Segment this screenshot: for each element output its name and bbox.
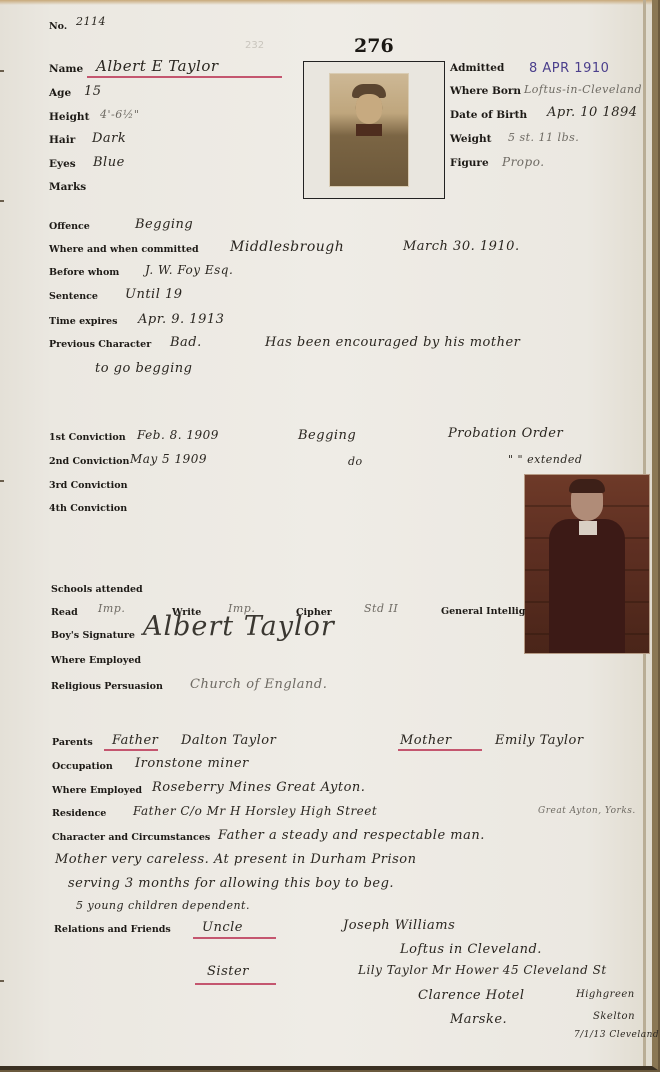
- margin-note: Highgreen: [576, 989, 635, 1000]
- previous-character-label: Previous Character: [49, 339, 151, 350]
- sentence-value: Until 19: [125, 287, 183, 302]
- character-label: Character and Circumstances: [52, 832, 210, 843]
- where-employed-label: Where Employed: [51, 655, 141, 666]
- photo-shirt: [579, 521, 597, 535]
- mother-name: Emily Taylor: [495, 733, 584, 748]
- character-line: Father a steady and respectable man.: [218, 828, 485, 843]
- boy-signature: Albert Taylor: [143, 611, 335, 642]
- admitted-stamp: 8 APR 1910: [529, 61, 609, 76]
- binding-mark: [0, 980, 4, 982]
- parents-where-employed-value: Roseberry Mines Great Ayton.: [152, 780, 365, 795]
- character-line: Mother very careless. At present in Durh…: [55, 852, 416, 867]
- previous-character-note-2: to go begging: [95, 361, 192, 376]
- father-tag: Father: [112, 733, 158, 748]
- photo-face: [356, 94, 382, 124]
- relation-detail: Clarence Hotel: [418, 988, 524, 1003]
- where-born-label: Where Born: [450, 85, 521, 97]
- age-label: Age: [49, 87, 71, 99]
- where-committed-value: Middlesbrough: [230, 239, 344, 255]
- record-number-value: 2114: [76, 15, 106, 28]
- previous-character-value: Bad.: [170, 335, 202, 350]
- parents-where-employed-label: Where Employed: [52, 785, 142, 796]
- dob-label: Date of Birth: [450, 109, 527, 121]
- religion-label: Religious Persuasion: [51, 681, 163, 692]
- where-when-label: Where and when committed: [49, 244, 199, 255]
- mother-underline: [398, 749, 482, 751]
- residence-value-2: Great Ayton, Yorks.: [538, 806, 636, 816]
- eyes-value: Blue: [93, 155, 125, 170]
- mother-tag: Mother: [400, 733, 452, 748]
- conviction-label: 1st Conviction: [49, 432, 126, 443]
- conviction-date: May 5 1909: [130, 452, 207, 466]
- hair-value: Dark: [92, 131, 126, 146]
- record-number-label: No.: [49, 21, 67, 32]
- schools-attended-label: Schools attended: [51, 584, 143, 595]
- margin-note: 7/1/13 Cleveland: [574, 1030, 659, 1040]
- occupation-value: Ironstone miner: [135, 756, 249, 771]
- relations-label: Relations and Friends: [54, 924, 171, 935]
- figure-label: Figure: [450, 157, 489, 169]
- time-expires-value: Apr. 9. 1913: [138, 312, 224, 327]
- conviction-label: 3rd Conviction: [49, 480, 128, 491]
- offence-label: Offence: [49, 221, 90, 232]
- religion-value: Church of England.: [190, 677, 327, 692]
- register-page: No. 2114 232 276 Name Albert E Taylor Ag…: [0, 0, 658, 1070]
- read-value: Imp.: [98, 602, 125, 615]
- relation-tag: Sister: [207, 964, 249, 979]
- conviction-offence: do: [348, 455, 363, 468]
- hair-label: Hair: [49, 134, 75, 146]
- height-value: 4'-6½": [100, 108, 139, 121]
- photo-suit: [549, 519, 625, 653]
- binding-mark: [0, 70, 4, 72]
- binding-mark: [0, 200, 4, 202]
- sentence-label: Sentence: [49, 291, 98, 302]
- age-value: 15: [84, 84, 102, 99]
- eyes-label: Eyes: [49, 158, 76, 170]
- binding-mark: [0, 480, 4, 482]
- character-line: 5 young children dependent.: [76, 899, 250, 912]
- conviction-date: Feb. 8. 1909: [137, 428, 219, 442]
- residence-value: Father C/o Mr H Horsley High Street: [133, 804, 377, 818]
- height-label: Height: [49, 111, 89, 123]
- previous-character-note: Has been encouraged by his mother: [265, 335, 520, 350]
- time-expires-label: Time expires: [49, 316, 117, 327]
- when-committed-value: March 30. 1910.: [403, 239, 520, 254]
- portrait-photo-boy: [330, 74, 408, 186]
- father-name: Dalton Taylor: [181, 733, 276, 748]
- admitted-label: Admitted: [450, 62, 504, 74]
- before-whom-value: J. W. Foy Esq.: [145, 263, 233, 277]
- name-value: Albert E Taylor: [96, 57, 219, 75]
- parents-label: Parents: [52, 737, 93, 748]
- photo-hair: [569, 479, 605, 493]
- weight-label: Weight: [450, 133, 491, 145]
- offence-value: Begging: [135, 217, 193, 232]
- father-underline: [104, 749, 158, 751]
- relation-detail: Joseph Williams: [343, 918, 455, 933]
- dob-value: Apr. 10 1894: [547, 105, 638, 120]
- read-label: Read: [51, 607, 78, 618]
- figure-value: Propo.: [502, 155, 545, 169]
- relation-detail: Loftus in Cleveland.: [400, 942, 542, 957]
- character-line: serving 3 months for allowing this boy t…: [68, 876, 394, 891]
- occupation-label: Occupation: [52, 761, 113, 772]
- name-label: Name: [49, 63, 83, 75]
- page-number: 276: [354, 35, 394, 57]
- margin-note: Skelton: [593, 1011, 635, 1022]
- relation-detail: Lily Taylor Mr Hower 45 Cleveland St: [358, 963, 607, 977]
- conviction-offence: Begging: [298, 428, 356, 443]
- photo-collar: [356, 124, 382, 136]
- portrait-photo-young-man: [525, 475, 649, 653]
- name-underline: [87, 76, 282, 78]
- marks-label: Marks: [49, 181, 86, 193]
- before-whom-label: Before whom: [49, 267, 119, 278]
- signature-label: Boy's Signature: [51, 630, 135, 641]
- relation-detail: Marske.: [450, 1012, 507, 1027]
- conviction-label: 2nd Conviction: [49, 456, 129, 467]
- faded-number: 232: [245, 40, 264, 51]
- residence-label: Residence: [52, 808, 106, 819]
- where-born-value: Loftus-in-Cleveland: [524, 83, 642, 96]
- conviction-result: Probation Order: [448, 426, 563, 441]
- sister-underline: [195, 983, 276, 985]
- conviction-label: 4th Conviction: [49, 503, 127, 514]
- weight-value: 5 st. 11 lbs.: [508, 131, 579, 144]
- relation-tag: Uncle: [202, 920, 243, 935]
- cipher-value: Std II: [364, 602, 398, 615]
- general-intelligence-label: General Intellig: [441, 606, 525, 617]
- conviction-result: " " extended: [508, 453, 582, 466]
- uncle-underline: [193, 937, 276, 939]
